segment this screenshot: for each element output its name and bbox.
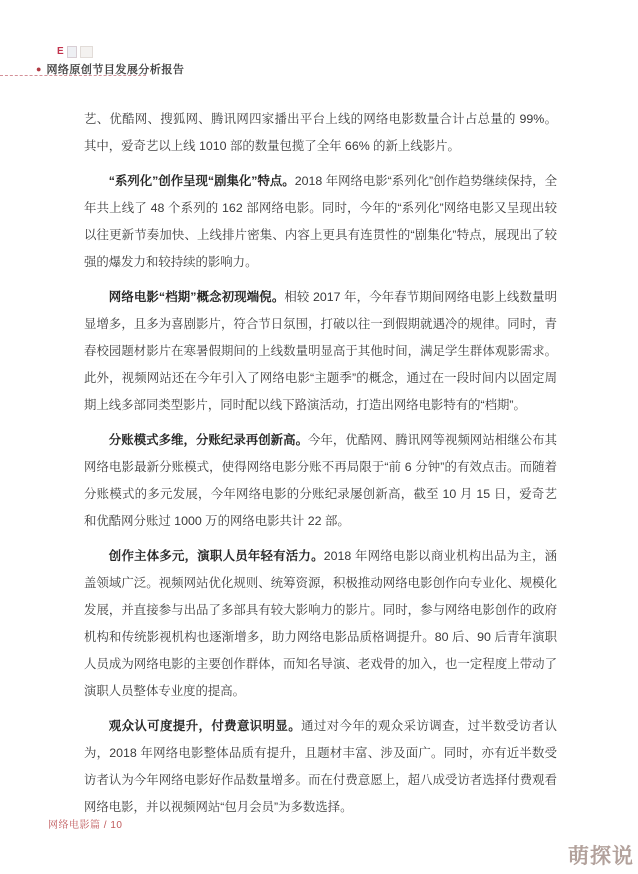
- paragraph-lead: 分账模式多维，分账纪录再创新高。: [109, 433, 308, 447]
- paragraph-text: 艺、优酷网、搜狐网、腾讯网四家播出平台上线的网络电影数量合计占总量的 99%。其…: [84, 112, 557, 153]
- paragraph-lead: 创作主体多元，演职人员年轻有活力。: [109, 549, 324, 563]
- paragraph-text: 今年，优酷网、腾讯网等视频网站相继公布其网络电影最新分账模式，使得网络电影分账不…: [84, 433, 557, 528]
- paragraph-lead: “系列化”创作呈现“剧集化”特点。: [109, 174, 295, 188]
- paragraph-text: 2018 年网络电影“系列化”创作趋势继续保持，全年共上线了 48 个系列的 1…: [84, 174, 557, 269]
- header-dashed-rule: [0, 75, 146, 76]
- brand-logo: E: [57, 46, 93, 57]
- paragraph: 网络电影“档期”概念初现端倪。相较 2017 年，今年春节期间网络电影上线数量明…: [84, 284, 557, 419]
- paragraph-lead: 网络电影“档期”概念初现端倪。: [109, 290, 285, 304]
- document-page: E ● 网络原创节目发展分析报告 艺、优酷网、搜狐网、腾讯网四家播出平台上线的网…: [0, 0, 638, 874]
- paragraph-lead: 观众认可度提升，付费意识明显。: [109, 719, 301, 733]
- document-body: 艺、优酷网、搜狐网、腾讯网四家播出平台上线的网络电影数量合计占总量的 99%。其…: [84, 106, 557, 829]
- paragraph-text: 2018 年网络电影以商业机构出品为主，涵盖领域广泛。视频网站优化规则、统筹资源…: [84, 549, 557, 698]
- paragraph: 创作主体多元，演职人员年轻有活力。2018 年网络电影以商业机构出品为主，涵盖领…: [84, 543, 557, 705]
- logo-box-icon: [80, 46, 93, 58]
- paragraph: “系列化”创作呈现“剧集化”特点。2018 年网络电影“系列化”创作趋势继续保持…: [84, 168, 557, 276]
- paragraph: 观众认可度提升，付费意识明显。通过对今年的观众采访调查，过半数受访者认为，201…: [84, 713, 557, 821]
- logo-box-icon: [67, 46, 77, 58]
- paragraph: 艺、优酷网、搜狐网、腾讯网四家播出平台上线的网络电影数量合计占总量的 99%。其…: [84, 106, 557, 160]
- paragraph-text: 通过对今年的观众采访调查，过半数受访者认为，2018 年网络电影整体品质有提升，…: [84, 719, 557, 814]
- paragraph: 分账模式多维，分账纪录再创新高。今年，优酷网、腾讯网等视频网站相继公布其网络电影…: [84, 427, 557, 535]
- bullet-icon: ●: [36, 65, 41, 74]
- logo-letter-icon: E: [57, 47, 64, 57]
- watermark: 萌探说: [568, 840, 634, 870]
- page-footer-label: 网络电影篇 / 10: [48, 816, 122, 831]
- paragraph-text: 相较 2017 年，今年春节期间网络电影上线数量明显增多，且多为喜剧影片，符合节…: [84, 290, 557, 412]
